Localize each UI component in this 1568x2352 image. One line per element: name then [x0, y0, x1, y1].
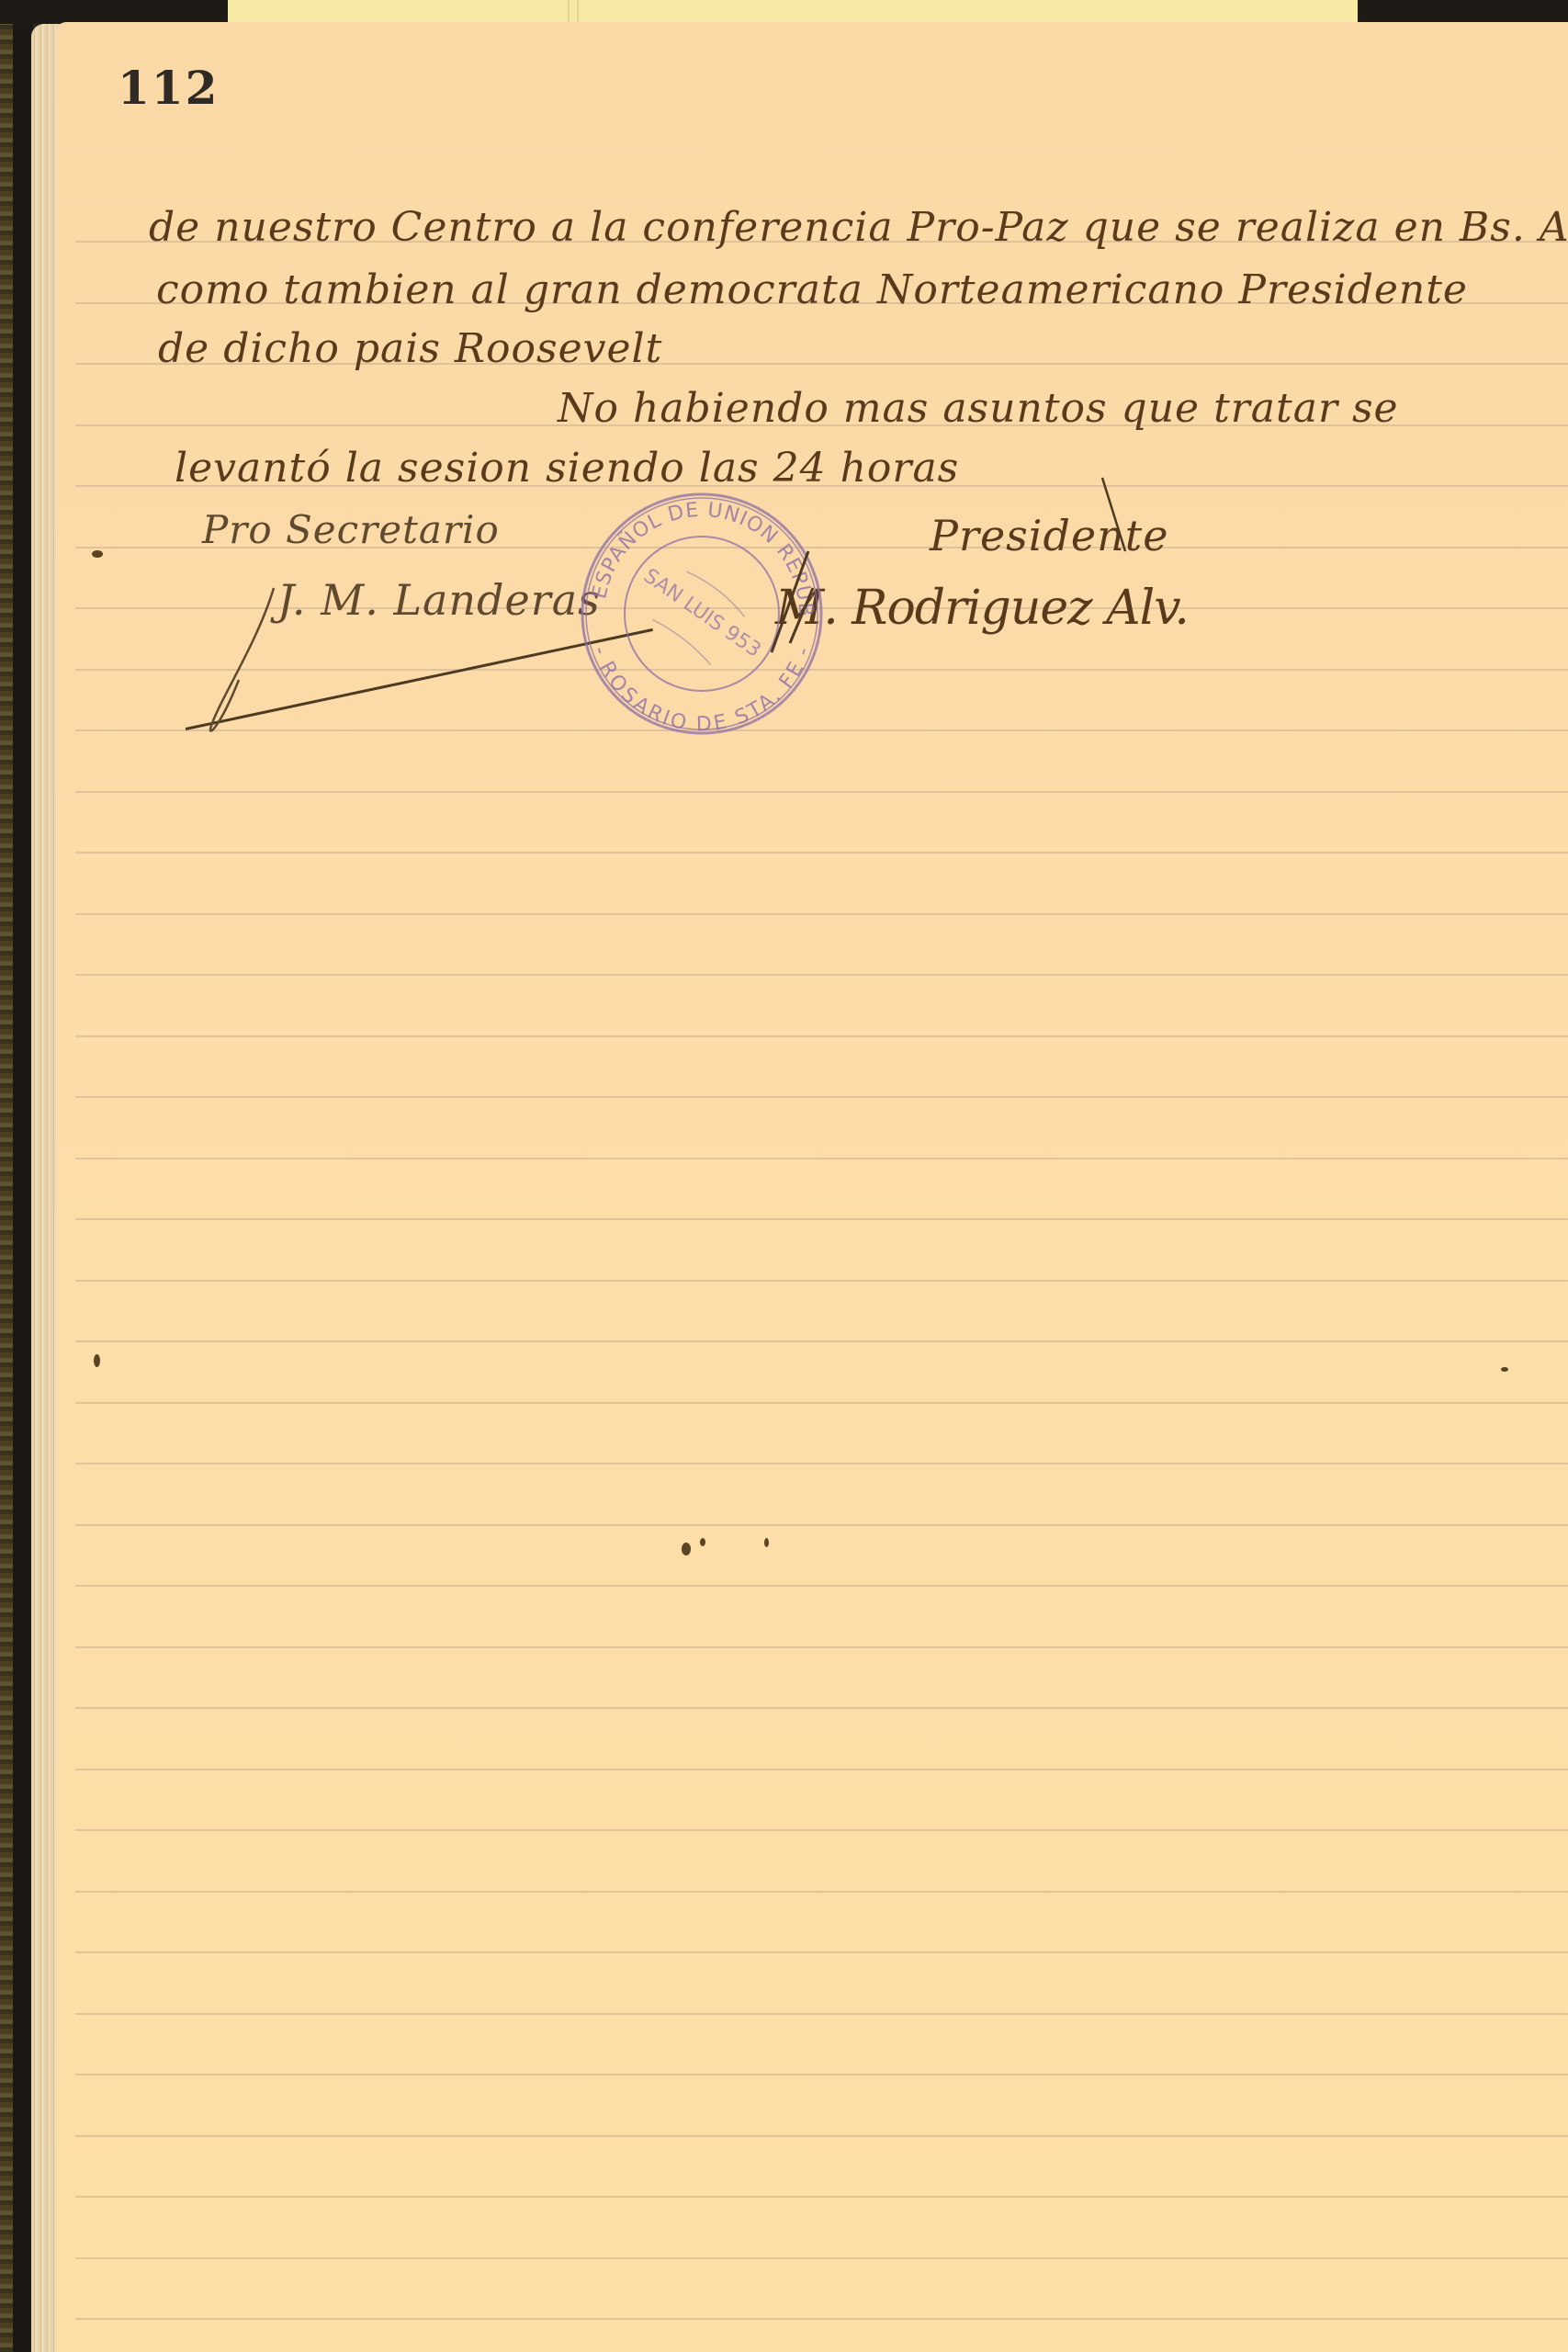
ruled-line — [75, 1340, 1568, 1342]
secretary-signature: J. M. Landeras — [277, 575, 601, 625]
ruled-line — [75, 1769, 1568, 1770]
ruled-line — [75, 1463, 1568, 1464]
ruled-line — [75, 1402, 1568, 1404]
text-line-4: No habiendo mas asuntos que tratar se — [558, 385, 1399, 432]
president-signature: M. Rodriguez Alv. — [775, 581, 1189, 636]
secretary-title: Pro Secretario — [202, 507, 500, 552]
text-line-2: como tambien al gran democrata Norteamer… — [156, 266, 1468, 313]
ruled-line — [75, 1585, 1568, 1587]
ruled-line — [75, 1096, 1568, 1098]
ink-speck — [1501, 1367, 1508, 1372]
ruled-line — [75, 913, 1568, 915]
ruled-line — [75, 1891, 1568, 1893]
text-line-5: levantó la sesion siendo las 24 horas — [175, 445, 959, 492]
ruled-line — [75, 2318, 1568, 2320]
ruled-line — [75, 1280, 1568, 1282]
ruled-line — [75, 1951, 1568, 1953]
page-number: 112 — [118, 61, 219, 115]
ruled-line — [75, 1707, 1568, 1709]
text-line-1: de nuestro Centro a la conferencia Pro-P… — [149, 204, 1568, 251]
ink-speck — [682, 1543, 691, 1555]
ink-mark — [92, 550, 103, 558]
ruled-line — [75, 2013, 1568, 2015]
organization-stamp: CENTRO ESPAÑOL DE UNION REPUBLICANA - RO… — [577, 489, 827, 739]
yellow-paper-slip — [228, 0, 1358, 22]
ruled-line — [75, 1158, 1568, 1159]
ink-speck — [764, 1538, 769, 1547]
ruled-line — [75, 2074, 1568, 2075]
ruled-line — [75, 791, 1568, 793]
svg-text:- ROSARIO DE STA. FE -: - ROSARIO DE STA. FE - — [588, 643, 816, 736]
stamp-bottom-text: - ROSARIO DE STA. FE - — [588, 643, 816, 736]
ruled-line — [75, 1646, 1568, 1648]
ink-speck — [700, 1538, 705, 1546]
ruled-line — [75, 974, 1568, 976]
ledger-page: 112 de nuestro Centro a la conferencia P… — [57, 22, 1568, 2352]
book-cover-border — [13, 0, 33, 2352]
ruled-line — [75, 2135, 1568, 2137]
ink-mark — [94, 1354, 100, 1367]
slip-fold-line — [568, 0, 570, 22]
ruled-line — [75, 1035, 1568, 1037]
president-title: Presidente — [930, 511, 1168, 560]
ruled-line — [75, 1829, 1568, 1831]
ruled-line — [75, 852, 1568, 854]
slip-fold-line — [577, 0, 579, 22]
text-line-3: de dicho pais Roosevelt — [158, 325, 662, 372]
ruled-line — [75, 1524, 1568, 1526]
ruled-line — [75, 2196, 1568, 2198]
ruled-line — [75, 2257, 1568, 2259]
ruled-line — [75, 1218, 1568, 1220]
